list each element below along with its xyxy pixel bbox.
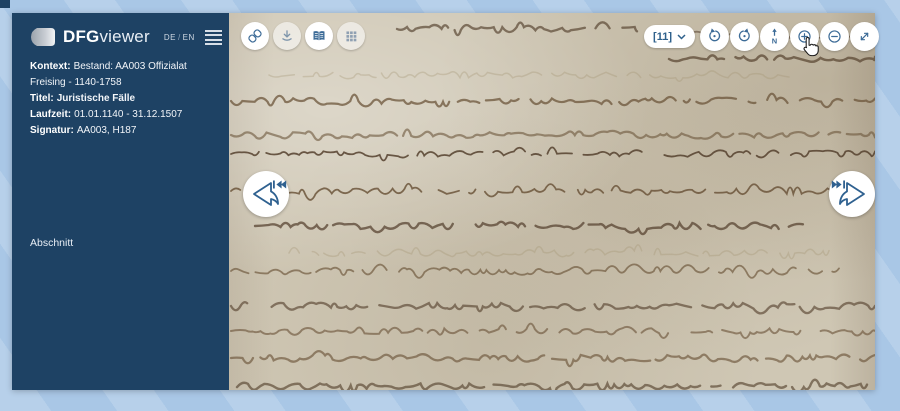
dfg-viewer-app: DFGviewer DE/EN Kontext:Bestand: AA003 O… xyxy=(12,13,875,390)
toolbar-left xyxy=(241,22,365,50)
page-select[interactable]: [11] xyxy=(644,25,695,48)
dfg-logo xyxy=(30,27,56,47)
lang-en[interactable]: EN xyxy=(183,33,195,42)
next-page-button[interactable] xyxy=(829,171,875,217)
chevron-down-icon xyxy=(677,34,686,40)
rotate-left-icon xyxy=(703,25,726,48)
metadata-panel: Kontext:Bestand: AA003 Offizialat Freisi… xyxy=(12,48,227,139)
manuscript-page-image xyxy=(229,13,875,390)
link-button[interactable] xyxy=(241,22,269,50)
brand-viewer: viewer xyxy=(99,27,149,46)
last-page-icon xyxy=(832,181,845,189)
lang-de[interactable]: DE xyxy=(164,33,176,42)
download-icon xyxy=(276,25,298,47)
fullscreen-icon xyxy=(853,25,876,48)
language-switcher: DE/EN xyxy=(164,33,195,42)
double-page-icon xyxy=(308,25,330,47)
zoom-in-button[interactable] xyxy=(790,22,819,51)
hamburger-menu-icon[interactable] xyxy=(205,27,222,48)
link-icon xyxy=(244,25,266,47)
previous-page-button[interactable] xyxy=(243,171,289,217)
manuscript-viewer-canvas[interactable]: [11] xyxy=(229,13,875,390)
previous-page-arrow xyxy=(243,171,289,217)
thumbnails-grid-icon xyxy=(340,25,362,47)
zoom-in-icon xyxy=(793,25,816,48)
reset-rotation-north-icon: N xyxy=(763,25,786,48)
metadata-kontext: Kontext:Bestand: AA003 Offizialat Freisi… xyxy=(30,59,213,91)
metadata-signatur: Signatur:AA003, H187 xyxy=(30,123,213,139)
brand-dfg: DFG xyxy=(63,27,99,46)
window-corner-chip xyxy=(0,0,10,8)
next-page-arrow xyxy=(829,171,875,217)
toolbar-right: [11] xyxy=(644,22,879,51)
page-select-value: [11] xyxy=(653,31,672,43)
metadata-titel: Titel:Juristische Fälle xyxy=(30,91,213,107)
metadata-laufzeit: Laufzeit:01.01.1140 - 31.12.1507 xyxy=(30,107,213,123)
download-button[interactable] xyxy=(273,22,301,50)
zoom-out-icon xyxy=(823,25,846,48)
fullscreen-button[interactable] xyxy=(850,22,879,51)
first-page-icon xyxy=(273,181,286,189)
sidebar-section-abschnitt[interactable]: Abschnitt xyxy=(30,237,73,249)
reset-rotation-button[interactable]: N xyxy=(760,22,789,51)
sidebar: DFGviewer DE/EN Kontext:Bestand: AA003 O… xyxy=(12,13,229,390)
rotate-right-icon xyxy=(733,25,756,48)
rotate-left-button[interactable] xyxy=(700,22,729,51)
svg-text:N: N xyxy=(772,36,777,45)
thumbnails-button[interactable] xyxy=(337,22,365,50)
sidebar-header: DFGviewer DE/EN xyxy=(12,13,229,48)
zoom-out-button[interactable] xyxy=(820,22,849,51)
double-page-button[interactable] xyxy=(305,22,333,50)
brand-title[interactable]: DFGviewer xyxy=(63,27,150,47)
rotate-right-button[interactable] xyxy=(730,22,759,51)
lang-separator: / xyxy=(178,33,181,42)
